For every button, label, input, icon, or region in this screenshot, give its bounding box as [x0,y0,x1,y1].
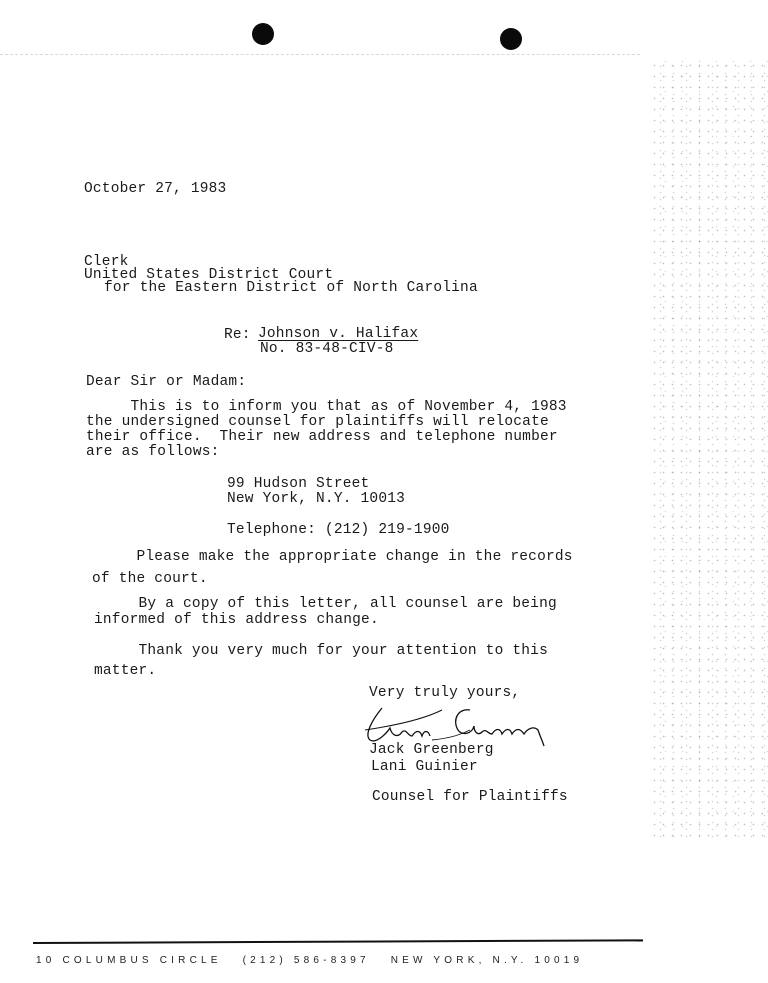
hole-punch-left [252,23,274,45]
paragraph-3-line-2: informed of this address change. [94,612,379,629]
paragraph-4-line-1: Thank you very much for your attention t… [94,643,548,660]
footer-city: NEW YORK, N.Y. 10019 [391,955,584,966]
address-telephone: Telephone: (212) 219-1900 [227,522,450,539]
address-city: New York, N.Y. 10013 [227,491,405,508]
signer-1: Jack Greenberg [369,742,494,759]
paragraph-3-line-1: By a copy of this letter, all counsel ar… [94,596,557,613]
paragraph-1-line-4: are as follows: [86,444,220,461]
letter-page: October 27, 1983 Clerk United States Dis… [0,0,768,983]
scan-noise [650,60,768,840]
case-number: No. 83-48-CIV-8 [260,341,394,358]
hole-punch-right [500,28,522,50]
footer-address: 10 COLUMBUS CIRCLE [36,955,222,966]
footer-phone: (212) 586-8397 [243,955,370,966]
letterhead-footer: 10 COLUMBUS CIRCLE (212) 586-8397 NEW YO… [36,955,583,966]
signer-2: Lani Guinier [371,759,478,776]
scan-artifact-line [0,54,640,56]
recipient-line-3: for the Eastern District of North Caroli… [104,280,478,297]
paragraph-2-line-2: of the court. [92,571,208,588]
letter-date: October 27, 1983 [84,181,226,198]
re-label: Re: [224,327,251,344]
letterhead-rule [33,939,643,944]
paragraph-2-line-1: Please make the appropriate change in th… [92,549,573,566]
salutation: Dear Sir or Madam: [86,374,246,391]
signer-title: Counsel for Plaintiffs [372,789,568,806]
paragraph-4-line-2: matter. [94,663,156,680]
